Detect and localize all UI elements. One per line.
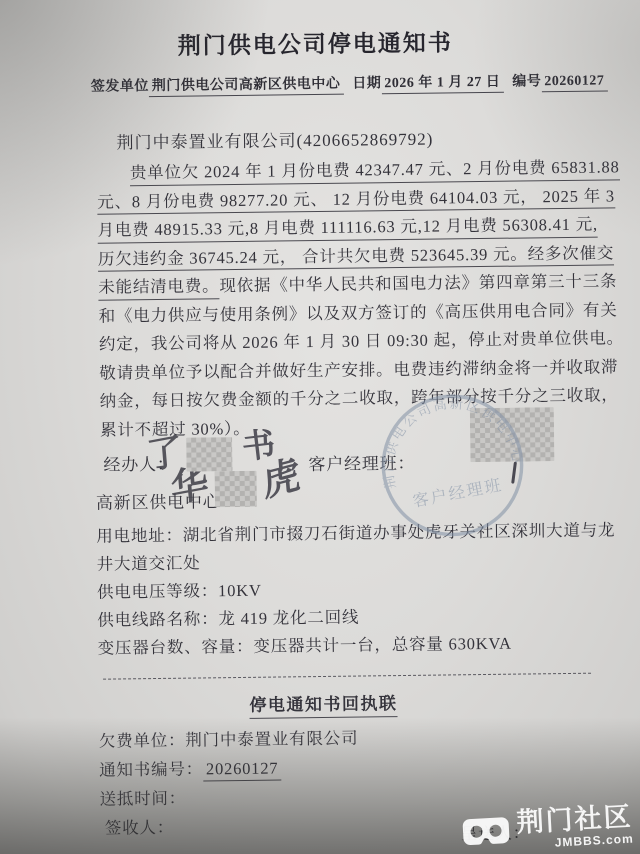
center-signature: 虎 [262,455,302,503]
notice-meta-line: 签发单位荆门供电公司高新区供电中心日期2026 年 1 月 27 日编号2026… [91,69,636,96]
stamp-ring-text: 荆门供电公司高新区供电中心 [368,383,526,490]
number-label: 编号 [512,74,541,89]
watermark-text: 荆门社区 JMBBS.com [516,804,634,851]
date-label: 日期 [352,76,381,91]
receipt-fields: 欠费单位：荆门中泰置业有限公司通知书编号：20260127送抵时间： [99,720,640,814]
number-value: 20260127 [541,73,607,92]
recipient-company: 荆门中泰置业有限公司(4206652869792) [116,122,636,153]
jmbbs-watermark: 荆门社区 JMBBS.com [461,804,634,854]
official-round-stamp: 荆门供电公司高新区供电中心 客户经理班 [359,373,546,558]
field-line: 变压器台数、容量：变压器共计一台，总容量 630KVA [98,628,640,663]
tear-off-separator [103,673,591,680]
issuer-label: 签发单位 [91,79,149,95]
svg-text:荆门供电公司高新区供电中心: 荆门供电公司高新区供电中心 [368,383,526,490]
supply-fields: 用电地址：湖北省荆门市掇刀石街道办事处虎牙关社区深圳大道与龙井大道交汇处供电电压… [96,516,640,663]
jmbbs-goggles-icon [461,812,511,850]
notice-title: 荆门供电公司停电通知书 [0,22,635,63]
notice-document: 荆门供电公司停电通知书 签发单位荆门供电公司高新区供电中心日期2026 年 1 … [0,0,640,854]
document-photo: 荆门供电公司停电通知书 签发单位荆门供电公司高新区供电中心日期2026 年 1 … [0,0,640,854]
issuer-value: 荆门供电公司高新区供电中心 [149,77,344,97]
privacy-censor-block [215,471,257,508]
signee-label: 签收人： [105,814,174,839]
stamp-banner-text: 客户经理班 [411,475,504,511]
privacy-censor-block [186,437,232,472]
receipt-heading: 停电通知书回执联 [3,686,640,719]
date-value: 2026 年 1 月 27 日 [381,75,503,94]
